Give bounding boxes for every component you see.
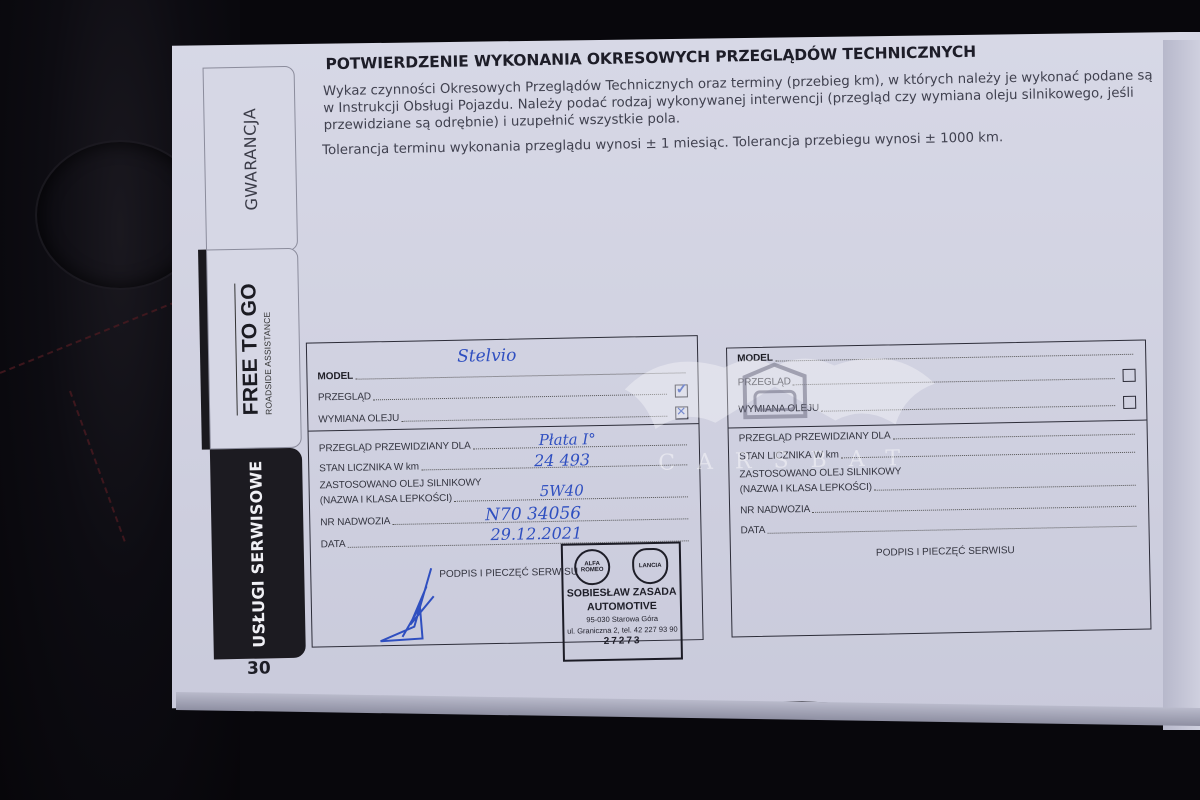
tolerance-note: Tolerancja terminu wykonania przeglądu w… <box>322 130 1003 158</box>
tab-sublabel: ROADSIDE ASSISTANCE <box>262 311 274 414</box>
instructions-paragraph: Wykaz czynności Okresowych Przeglądów Te… <box>323 67 1164 134</box>
nr-nadwozia-label: NR NADWOZIA <box>320 516 390 528</box>
stan-licznika-label: STAN LICZNIKA W km <box>319 461 419 474</box>
przeglad-label: PRZEGLĄD <box>318 391 371 403</box>
nr-nadwozia-label: NR NADWOZIA <box>740 504 810 516</box>
wymiana-oleju-checkbox[interactable] <box>1123 396 1136 409</box>
handwritten-nr-nadwozia: N70 34056 <box>485 503 581 525</box>
tab-label: USŁUGI SERWISOWE <box>247 460 270 647</box>
signature <box>371 566 463 648</box>
tab-free-to-go[interactable]: FREE TO GO ROADSIDE ASSISTANCE <box>206 248 302 450</box>
handwritten-model: Stelvio <box>457 346 517 367</box>
handwritten-przeglad-przewidziany: Płata I° <box>539 430 596 449</box>
olej-label-line1: ZASTOSOWANO OLEJ SILNIKOWY <box>319 477 481 491</box>
tab-gwarancja[interactable]: GWARANCJA <box>203 66 299 253</box>
olej-row-2: (NAZWA I KLASA LEPKOŚCI) <box>740 477 1138 496</box>
podpis-label: PODPIS I PIECZĘĆ SERWISU <box>876 545 1015 559</box>
model-label: MODEL <box>317 371 353 383</box>
przeglad-przewidziany-label: PRZEGLĄD PRZEWIDZIANY DLA <box>739 430 891 444</box>
olej-row-2: (NAZWA I KLASA LEPKOŚCI) <box>320 488 690 506</box>
przeglad-przewidziany-row: PRZEGLĄD PRZEWIDZIANY DLA <box>739 426 1137 445</box>
stan-licznika-row: STAN LICZNIKA W km <box>319 456 689 474</box>
stamp-logos: ALFA ROMEO LANCIA <box>563 544 680 586</box>
stamp-address-line1: 95-030 Starowa Góra <box>564 614 680 625</box>
watermark-text: CARSBAT <box>658 446 922 476</box>
przeglad-label: PRZEGLĄD <box>738 376 791 388</box>
olej-line[interactable] <box>874 485 1136 491</box>
przeglad-checkbox[interactable] <box>1122 369 1135 382</box>
tab-label: FREE TO GO <box>234 282 264 415</box>
model-label: MODEL <box>737 353 773 365</box>
przeglad-checkbox[interactable] <box>675 384 688 397</box>
wymiana-oleju-label: WYMIANA OLEJU <box>738 403 819 416</box>
stamp-name-line2: AUTOMOTIVE <box>564 601 680 614</box>
olej-label-line2: (NAZWA I KLASA LEPKOŚCI) <box>320 493 452 507</box>
service-record-form-empty: MODEL PRZEGLĄD WYMIANA OLEJU PRZEGLĄD PR… <box>726 340 1151 638</box>
data-row: DATA <box>740 518 1138 537</box>
olej-label-line2: (NAZWA I KLASA LEPKOŚCI) <box>740 482 872 496</box>
stamp-name-line1: SOBIESŁAW ZASADA <box>564 587 680 600</box>
handwritten-data: 29.12.2021 <box>490 523 582 544</box>
tab-uslugi-serwisowe[interactable]: USŁUGI SERWISOWE <box>210 448 306 660</box>
przeglad-przewidziany-row: PRZEGLĄD PRZEWIDZIANY DLA <box>319 436 689 454</box>
page-title: POTWIERDZENIE WYKONANIA OKRESOWYCH PRZEG… <box>325 43 976 73</box>
handwritten-olej: 5W40 <box>540 481 584 500</box>
handwritten-stan-licznika: 24 493 <box>534 450 590 470</box>
wymiana-oleju-checkbox[interactable] <box>675 406 688 419</box>
data-line[interactable] <box>767 526 1136 534</box>
stamp-number: 27273 <box>565 635 681 648</box>
nr-nadwozia-row: NR NADWOZIA <box>740 498 1138 517</box>
tab-label-group: FREE TO GO ROADSIDE ASSISTANCE <box>234 282 274 415</box>
page-number: 30 <box>247 658 271 678</box>
service-record-form-filled: MODEL PRZEGLĄD WYMIANA OLEJU PRZEGLĄD PR… <box>306 335 704 647</box>
lancia-logo-icon: LANCIA <box>632 548 669 585</box>
tab-label: GWARANCJA <box>240 108 261 211</box>
nr-nadwozia-line[interactable] <box>812 506 1136 513</box>
wymiana-oleju-label: WYMIANA OLEJU <box>318 413 399 426</box>
service-stamp: ALFA ROMEO LANCIA SOBIESŁAW ZASADA AUTOM… <box>561 541 683 661</box>
seat-stitching <box>69 391 126 542</box>
przeglad-przewidziany-line[interactable] <box>893 434 1135 440</box>
booklet-page: GWARANCJA FREE TO GO ROADSIDE ASSISTANCE… <box>180 21 1177 700</box>
seat-stitching <box>0 297 186 374</box>
przeglad-przewidziany-label: PRZEGLĄD PRZEWIDZIANY DLA <box>319 440 471 454</box>
data-label: DATA <box>321 539 346 550</box>
alfa-romeo-logo-icon: ALFA ROMEO <box>574 549 611 586</box>
data-label: DATA <box>740 525 765 536</box>
